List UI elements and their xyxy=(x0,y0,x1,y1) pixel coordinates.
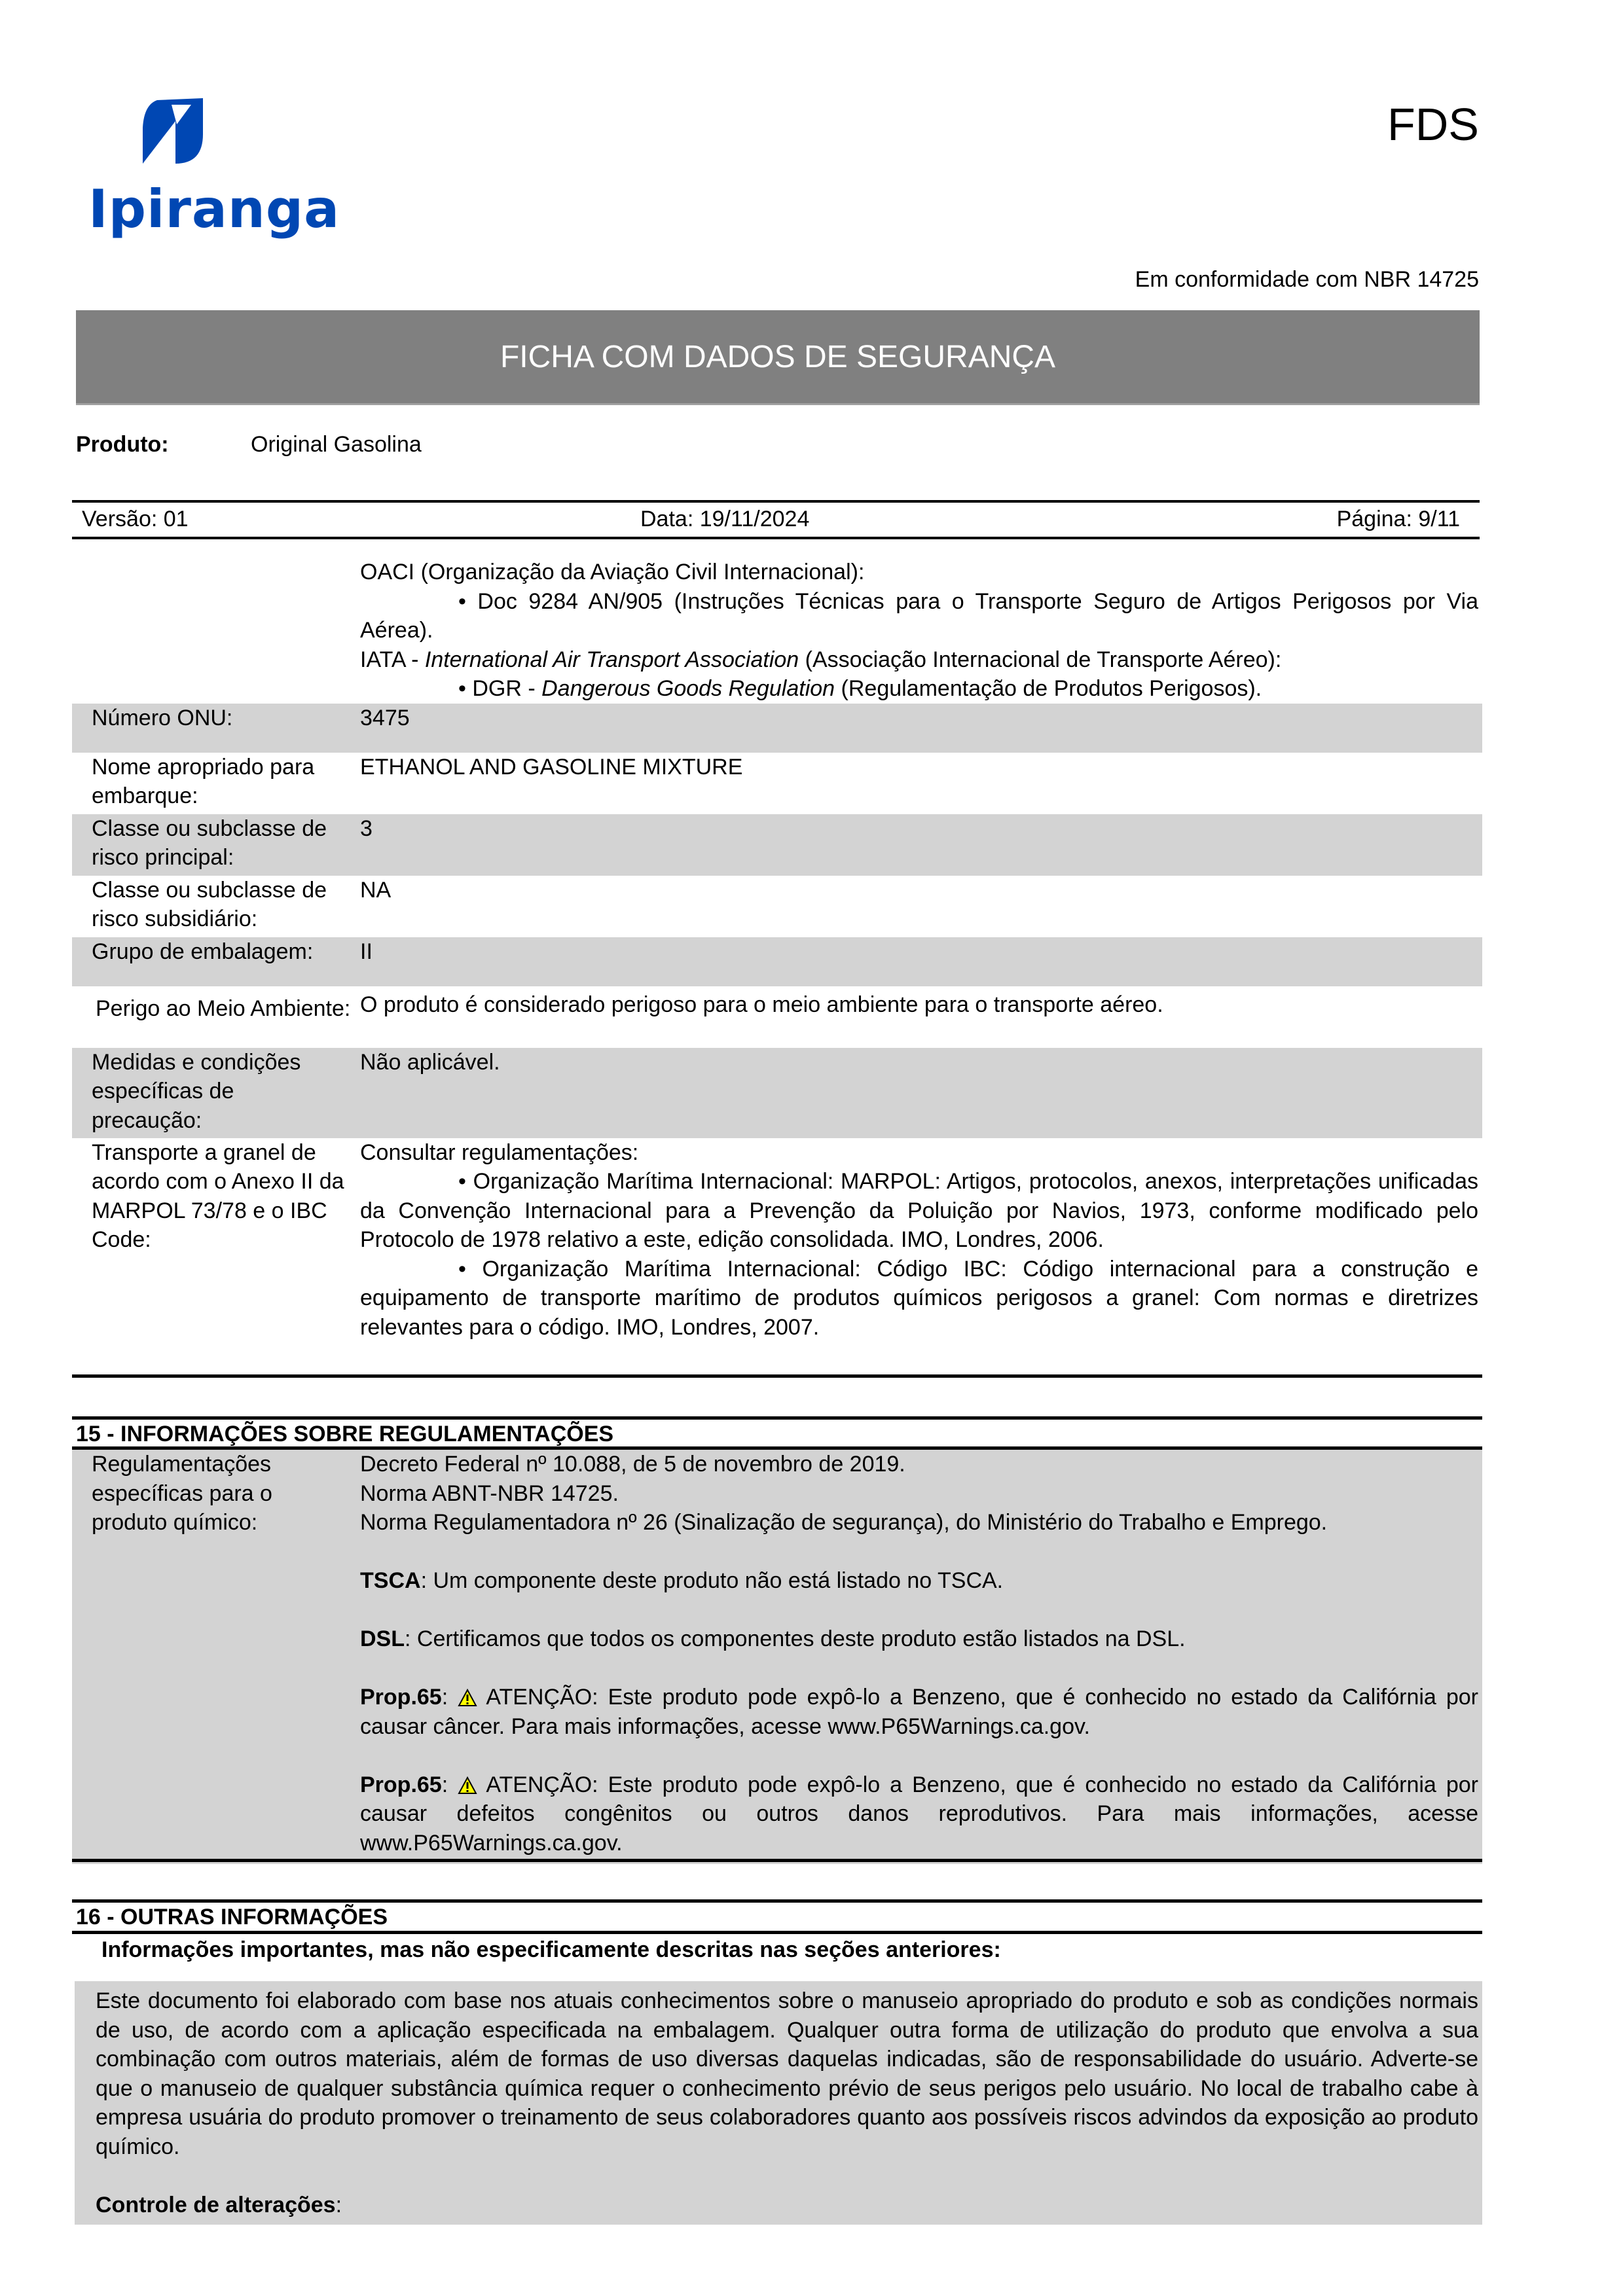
oaci-intro: OACI (Organização da Aviação Civil Inter… xyxy=(360,558,1478,587)
section-divider xyxy=(72,1859,1482,1862)
section-divider xyxy=(72,1931,1482,1934)
section-16-title: 16 - OUTRAS INFORMAÇÕES xyxy=(76,1905,388,1930)
table-row: Classe ou subclasse de risco subsidiário… xyxy=(72,876,1482,937)
regulations-row: Regulamentações específicas para o produ… xyxy=(72,1450,1482,1864)
document-code: FDS xyxy=(1387,98,1479,151)
oaci-bullet: • Doc 9284 AN/905 (Instruções Técnicas p… xyxy=(360,587,1478,645)
table-row: Classe ou subclasse de risco principal: … xyxy=(72,814,1482,876)
section-divider xyxy=(72,1374,1482,1378)
ipiranga-emblem-icon xyxy=(137,95,210,167)
page-number: Página: 9/11 xyxy=(1337,507,1460,532)
revision-date: Data: 19/11/2024 xyxy=(640,507,809,532)
version: Versão: 01 xyxy=(82,507,189,532)
ipiranga-logo: Ipiranga xyxy=(82,95,259,245)
disclaimer-text: Este documento foi elaborado com base no… xyxy=(96,1986,1478,2161)
transport-info-table: OACI (Organização da Aviação Civil Inter… xyxy=(72,558,1482,1342)
change-control: Controle de alterações: xyxy=(96,2191,1478,2220)
table-row: Número ONU: 3475 xyxy=(72,704,1482,753)
tsca-line: TSCA: Um componente deste produto não es… xyxy=(360,1566,1478,1596)
product-row: Produto:Original Gasolina xyxy=(76,432,422,457)
other-info-panel: Este documento foi elaborado com base no… xyxy=(75,1981,1482,2225)
table-row: Nome apropriado para embarque: ETHANOL A… xyxy=(72,753,1482,814)
prop65-warning-reproductive: Prop.65: ATENÇÃO: Este produto pode expô… xyxy=(360,1770,1478,1858)
section-divider xyxy=(72,1899,1482,1903)
regulations-table: Regulamentações específicas para o produ… xyxy=(72,1450,1482,1864)
air-transport-row: OACI (Organização da Aviação Civil Inter… xyxy=(72,558,1482,704)
table-row: Transporte a granel de acordo com o Anex… xyxy=(72,1138,1482,1342)
prop65-warning-cancer: Prop.65: ATENÇÃO: Este produto pode expô… xyxy=(360,1683,1478,1741)
document-title: FICHA COM DADOS DE SEGURANÇA xyxy=(500,339,1055,375)
warning-triangle-icon xyxy=(458,1773,477,1791)
product-label: Produto: xyxy=(76,432,251,457)
section-divider xyxy=(72,1416,1482,1420)
table-row: Medidas e condições específicas de preca… xyxy=(72,1048,1482,1138)
warning-triangle-icon xyxy=(458,1685,477,1704)
document-meta-bar: Versão: 01 Data: 19/11/2024 Página: 9/11 xyxy=(72,500,1480,539)
table-row: Perigo ao Meio Ambiente: O produto é con… xyxy=(72,986,1482,1048)
dgr-bullet: • DGR - Dangerous Goods Regulation (Regu… xyxy=(360,674,1478,704)
dsl-line: DSL: Certificamos que todos os component… xyxy=(360,1624,1478,1654)
document-title-banner: FICHA COM DADOS DE SEGURANÇA xyxy=(76,310,1480,405)
product-name: Original Gasolina xyxy=(251,432,422,457)
ibc-bullet: • Organização Marítima Internacional: Có… xyxy=(360,1255,1478,1342)
marpol-bullet: • Organização Marítima Internacional: MA… xyxy=(360,1167,1478,1255)
table-row: Grupo de embalagem: II xyxy=(72,937,1482,986)
iata-line: IATA - International Air Transport Assoc… xyxy=(360,645,1478,675)
compliance-note: Em conformidade com NBR 14725 xyxy=(1135,267,1479,293)
section-16-subtitle: Informações importantes, mas não especif… xyxy=(101,1937,1001,1963)
section-15-title: 15 - INFORMAÇÕES SOBRE REGULAMENTAÇÕES xyxy=(76,1422,613,1447)
brand-name: Ipiranga xyxy=(88,179,340,240)
